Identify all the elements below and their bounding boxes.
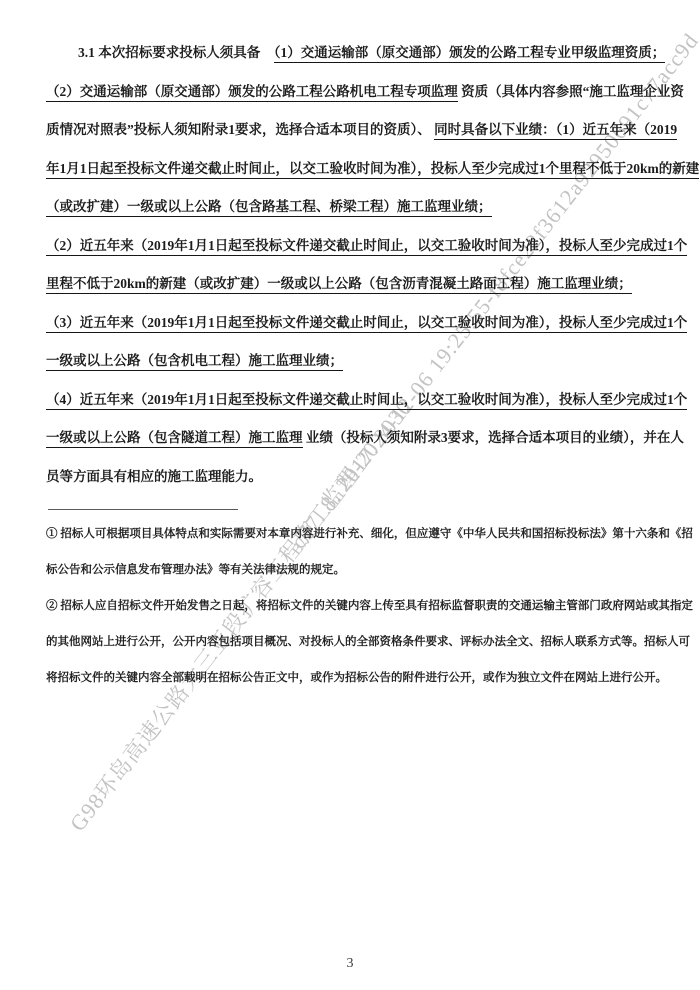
text-segment: 员等方面具有相应的施工监理能力。 [46, 469, 262, 484]
underlined-text-segment: 年1月1日起至投标文件递交截止时间止，以交工验收时间为准），投标人至少完成过1个… [46, 161, 699, 179]
footnote-line: ① 招标人可根据项目具体特点和实际需要对本章内容进行补充、细化，但应遵守《中华人… [46, 516, 658, 552]
footnote-line: 将招标文件的关键内容全部载明在招标公告正文中，或作为招标公告的附件进行公开，或作… [46, 660, 658, 696]
document-page: G98环岛高速公路大三亚段扩容工程施工监理-2024-12-06 19:25:5… [0, 0, 700, 990]
body-line: 年1月1日起至投标文件递交截止时间止，以交工验收时间为准），投标人至少完成过1个… [46, 150, 658, 189]
underlined-text-segment: （2）交通运输部（原交通部）颁发的公路工程公路机电工程专项监理 [46, 84, 458, 102]
underlined-text-segment: 同时具备以下业绩：（1）近五年来（2019 [434, 122, 677, 140]
body-line: （或改扩建）一级或以上公路（包含路基工程、桥梁工程）施工监理业绩； [46, 188, 658, 227]
underlined-text-segment: （2）近五年来（2019年1月1日起至投标文件递交截止时间止，以交工验收时间为准… [46, 238, 687, 256]
body-line: （4）近五年来（2019年1月1日起至投标文件递交截止时间止，以交工验收时间为准… [46, 381, 658, 420]
underlined-text-segment: 一级或以上公路（包含机电工程）施工监理业绩； [46, 353, 343, 371]
body-line: 质情况对照表”投标人须知附录1要求，选择合适本项目的资质）、 同时具备以下业绩：… [46, 111, 658, 150]
underlined-text-segment: （4）近五年来（2019年1月1日起至投标文件递交截止时间止，以交工验收时间为准… [46, 392, 687, 410]
text-segment: 业绩（投标人须知附录3要求，选择合适本项目的业绩），并在人 [303, 430, 684, 445]
body-line: 一级或以上公路（包含机电工程）施工监理业绩； [46, 342, 658, 381]
body-line: 里程不低于20km的新建（或改扩建）一级或以上公路（包含沥青混凝土路面工程）施工… [46, 265, 658, 304]
body-line: 员等方面具有相应的施工监理能力。 [46, 458, 658, 497]
underlined-text-segment: （1）交通运输部（原交通部）颁发的公路工程专业甲级监理资质； [274, 45, 666, 63]
body-line: （3）近五年来（2019年1月1日起至投标文件递交截止时间止，以交工验收时间为准… [46, 304, 658, 343]
text-segment: 资质（具体内容参照“施工监理企业资 [458, 84, 684, 99]
footnote-line: 的其他网站上进行公开，公开内容包括项目概况、对投标人的全部资格条件要求、评标办法… [46, 624, 658, 660]
body-line: （2）近五年来（2019年1月1日起至投标文件递交截止时间止，以交工验收时间为准… [46, 227, 658, 266]
body-line: （2）交通运输部（原交通部）颁发的公路工程公路机电工程专项监理 资质（具体内容参… [46, 73, 658, 112]
text-segment: 质情况对照表”投标人须知附录1要求，选择合适本项目的资质）、 [46, 122, 434, 137]
underlined-text-segment: 里程不低于20km的新建（或改扩建）一级或以上公路（包含沥青混凝土路面工程）施工… [46, 276, 632, 294]
underlined-text-segment: 一级或以上公路（包含隧道工程）施工监理 [46, 430, 303, 448]
document-body: 3.1 本次招标要求投标人须具备 （1）交通运输部（原交通部）颁发的公路工程专业… [46, 34, 658, 696]
underlined-text-segment: （或改扩建）一级或以上公路（包含路基工程、桥梁工程）施工监理业绩； [46, 199, 492, 217]
body-line: 3.1 本次招标要求投标人须具备 （1）交通运输部（原交通部）颁发的公路工程专业… [46, 34, 658, 73]
body-line: 一级或以上公路（包含隧道工程）施工监理 业绩（投标人须知附录3要求，选择合适本项… [46, 419, 658, 458]
footnote-lines: ① 招标人可根据项目具体特点和实际需要对本章内容进行补充、细化，但应遵守《中华人… [46, 516, 658, 696]
body-lines: 3.1 本次招标要求投标人须具备 （1）交通运输部（原交通部）颁发的公路工程专业… [46, 34, 658, 496]
page-number: 3 [0, 956, 700, 972]
footnote-line: 标公告和公示信息发布管理办法》等有关法律法规的规定。 [46, 552, 658, 588]
underlined-text-segment: （3）近五年来（2019年1月1日起至投标文件递交截止时间止，以交工验收时间为准… [46, 315, 687, 333]
text-segment: 3.1 本次招标要求投标人须具备 [78, 45, 274, 60]
footnote-separator [48, 509, 238, 510]
footnote-line: ② 招标人应自招标文件开始发售之日起，将招标文件的关键内容上传至具有招标监督职责… [46, 588, 658, 624]
